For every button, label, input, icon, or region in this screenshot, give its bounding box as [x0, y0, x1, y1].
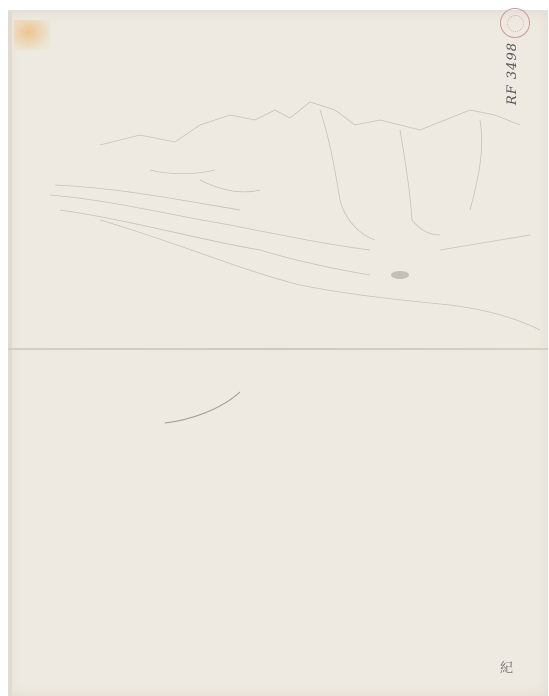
- museum-stamp-inner: [507, 15, 524, 32]
- inventory-number: RF 3498: [505, 42, 520, 105]
- collector-mark: 紀: [500, 657, 513, 676]
- mountain-sketch: [0, 0, 549, 696]
- museum-stamp: [500, 8, 530, 38]
